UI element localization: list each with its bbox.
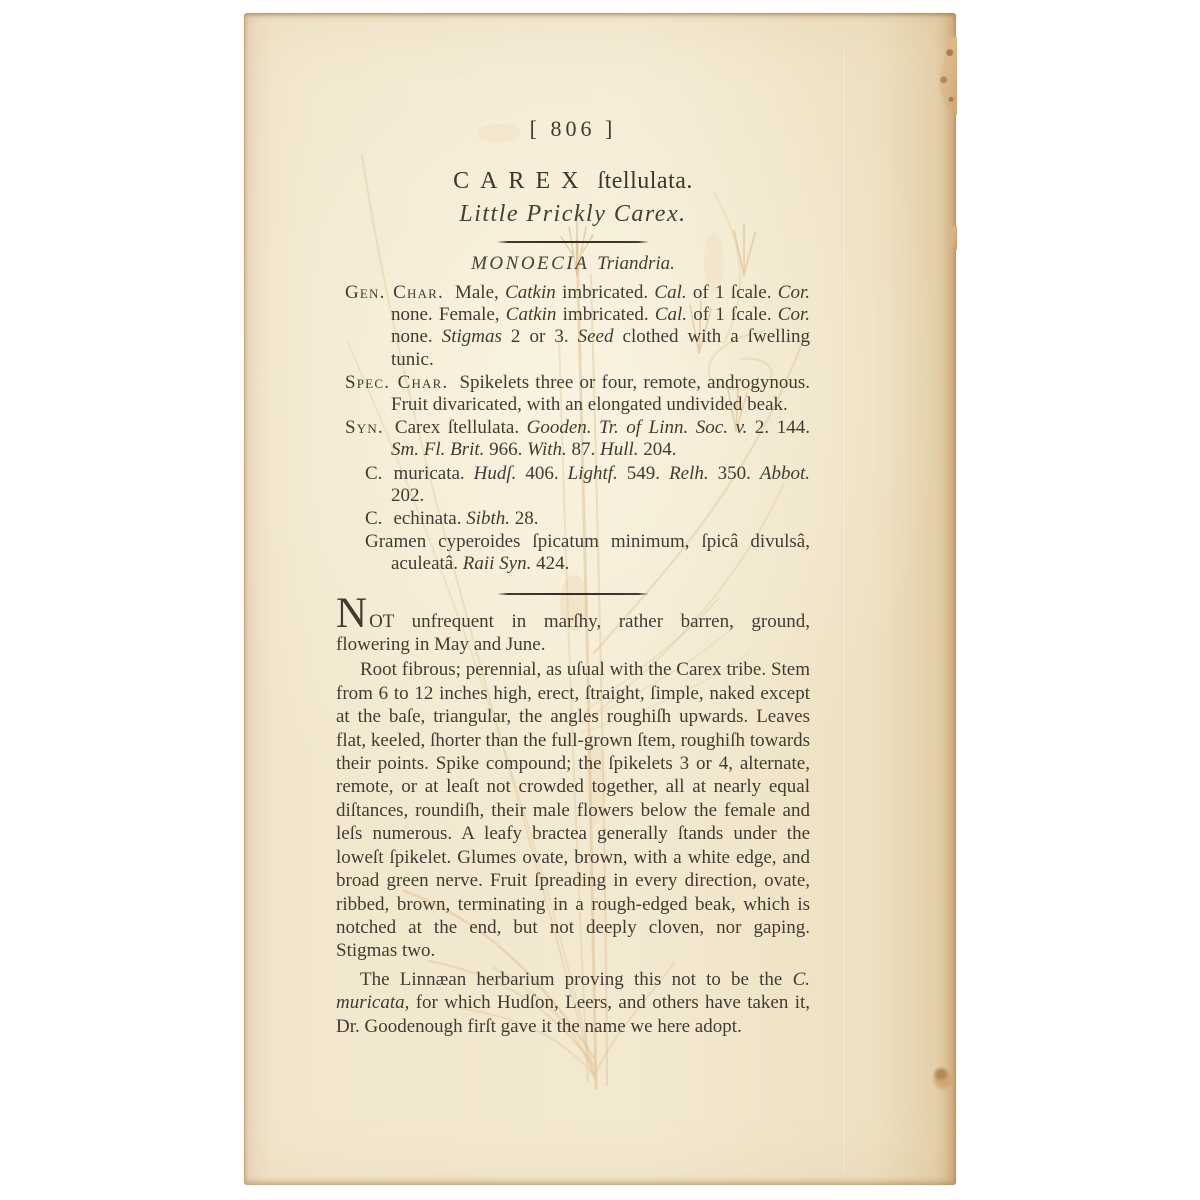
entry-text: Carex ſtellulata. Gooden. Tr. of Linn. S…	[391, 417, 810, 460]
text-run: 204.	[639, 439, 677, 460]
text-run: of 1 ſcale.	[687, 304, 778, 325]
page-crease	[842, 51, 846, 1171]
text-run: Catkin	[506, 304, 557, 325]
text-run: Hull.	[600, 439, 639, 460]
separator-rule-top	[497, 241, 649, 243]
text-run: Cor.	[778, 282, 810, 303]
entry-text: muricata. Hudſ. 406. Lightf. 549. Relh. …	[391, 463, 810, 506]
text-run: Sm. Fl. Brit.	[391, 439, 484, 460]
entry-text: Spikelets three or four, remote, androgy…	[391, 372, 810, 415]
entry-label: Gen. Char.	[345, 282, 444, 303]
text-run: The Linnæan herbarium proving this not t…	[360, 969, 793, 990]
text-run: none.	[391, 326, 442, 347]
entry-text: Gramen cyperoides ſpicatum minimum, ſpic…	[365, 531, 810, 574]
text-run: muricata.	[393, 463, 473, 484]
order-name: Triandria.	[597, 253, 675, 274]
body-paragraph: NOT unfrequent in marſhy, rather barren,…	[336, 610, 810, 657]
text-run: OT unfrequent in marſhy, rather barren, …	[336, 611, 810, 655]
entry-label: Spec. Char.	[345, 372, 448, 393]
taxonomic-entries: Gen. Char.Male, Catkin imbricated. Cal. …	[336, 282, 810, 576]
text-run: 549.	[618, 463, 669, 484]
species-epithet: ſtellulata.	[597, 168, 692, 194]
text-run: Relh.	[669, 463, 709, 484]
book-page: [ 806 ] CAREXſtellulata. Little Prickly …	[244, 13, 956, 1185]
printed-text-column: [ 806 ] CAREXſtellulata. Little Prickly …	[336, 13, 810, 1038]
taxonomic-entry: Syn.Carex ſtellulata. Gooden. Tr. of Lin…	[336, 417, 810, 461]
text-run: 202.	[391, 485, 424, 506]
text-run: 350.	[709, 463, 760, 484]
text-run: 87.	[567, 439, 600, 460]
body-paragraph: The Linnæan herbarium proving this not t…	[336, 968, 810, 1038]
text-run: Cor.	[778, 304, 810, 325]
classification-line: MONOECIATriandria.	[336, 252, 810, 276]
body-paragraph: Root fibrous; perennial, as uſual with t…	[336, 658, 810, 962]
text-run: Gooden. Tr. of Linn. Soc. v.	[527, 417, 748, 438]
text-run: Spikelets three or four, remote, androgy…	[391, 372, 810, 415]
common-name: Little Prickly Carex.	[336, 199, 810, 229]
text-run: echinata.	[393, 508, 466, 529]
text-run: 424.	[531, 553, 569, 574]
entry-label: C.	[365, 508, 382, 529]
text-run: 966.	[484, 439, 527, 460]
entry-label: Syn.	[345, 417, 384, 438]
text-run: Cal.	[654, 282, 686, 303]
description-text: NOT unfrequent in marſhy, rather barren,…	[336, 610, 810, 1038]
entry-label: C.	[365, 463, 382, 484]
text-run: imbricated.	[556, 304, 654, 325]
text-run: Root fibrous; perennial, as uſual with t…	[336, 659, 810, 961]
text-run: 28.	[510, 508, 539, 529]
text-run: of 1 ſcale.	[687, 282, 778, 303]
entry-text: Male, Catkin imbricated. Cal. of 1 ſcale…	[391, 282, 810, 370]
initial-capital: N	[336, 590, 369, 637]
taxonomic-entry: C.echinata. Sibth. 28.	[336, 508, 810, 530]
taxonomic-entry: Gen. Char.Male, Catkin imbricated. Cal. …	[336, 282, 810, 371]
page-number: [ 806 ]	[336, 116, 810, 142]
taxonomic-entry: C.muricata. Hudſ. 406. Lightf. 549. Relh…	[336, 463, 810, 507]
scanned-book-page-background: [ 806 ] CAREXſtellulata. Little Prickly …	[0, 0, 1200, 1200]
text-run: Stigmas	[442, 326, 502, 347]
edge-blemish	[931, 1063, 953, 1091]
text-run: Sibth.	[466, 508, 510, 529]
text-run: 2. 144.	[747, 417, 810, 438]
text-run: Catkin	[505, 282, 556, 303]
text-run: Seed	[578, 326, 614, 347]
text-run: Male,	[455, 282, 505, 303]
class-name: MONOECIA	[471, 253, 589, 274]
text-run: none. Female,	[391, 304, 506, 325]
text-run: 2 or 3.	[502, 326, 578, 347]
text-run: Gramen cyperoides ſpicatum minimum, ſpic…	[365, 531, 810, 574]
text-run: Abbot.	[760, 463, 810, 484]
separator-rule-middle	[497, 593, 649, 595]
genus-name: CAREX	[453, 168, 589, 194]
text-run: With.	[527, 439, 567, 460]
taxonomic-entry: Spec. Char.Spikelets three or four, remo…	[336, 372, 810, 416]
text-run: Lightf.	[568, 463, 618, 484]
species-title: CAREXſtellulata.	[336, 166, 810, 196]
text-run: 406.	[516, 463, 567, 484]
text-run: Cal.	[655, 304, 687, 325]
text-run: imbricated.	[556, 282, 655, 303]
entry-text: echinata. Sibth. 28.	[393, 508, 538, 529]
taxonomic-entry: Gramen cyperoides ſpicatum minimum, ſpic…	[336, 531, 810, 575]
text-run: Raii Syn.	[463, 553, 532, 574]
text-run: Hudſ.	[474, 463, 517, 484]
text-run: Carex ſtellulata.	[395, 417, 527, 438]
